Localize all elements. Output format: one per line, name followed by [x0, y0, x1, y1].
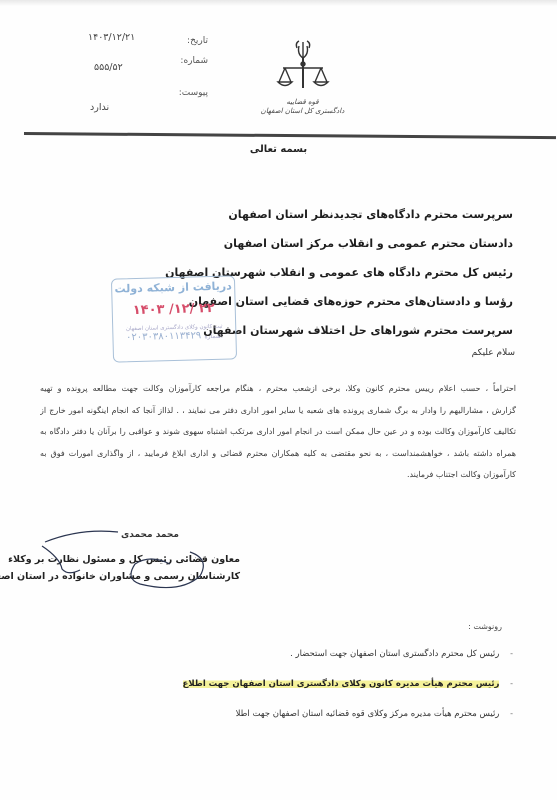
- recipient-line: سرپرست محترم دادگاه‌های تجدیدنظر استان ا…: [165, 200, 513, 229]
- body-line: گزارش ، مشارالیهم را وادار به برگ شماری …: [40, 400, 516, 422]
- signature-block: محمد محمدی معاون قضائی رئیس کل و مسئول ن…: [40, 530, 240, 582]
- number-value: ۵۵۵/۵۲: [94, 62, 123, 73]
- date-row: تاریخ: ۱۴۰۳/۱۲/۲۱: [88, 36, 208, 50]
- date-value: ۱۴۰۳/۱۲/۲۱: [88, 32, 135, 43]
- recipient-line: دادستان محترم عمومی و انقلاب مرکز استان …: [165, 229, 513, 258]
- stamp-date: ۱۴۰۳ /۱۲/ ۲۲: [113, 300, 235, 318]
- stamp-number-label: شماره:: [204, 333, 223, 340]
- attachment-value: ندارد: [90, 102, 109, 113]
- scan-edge-shadow: [0, 0, 557, 6]
- attachment-row: پیوست:: [88, 88, 208, 102]
- cc-item-text: رئیس محترم هیأت مدیره مرکز وکلای قوه قضا…: [236, 709, 500, 719]
- stamp-number: ۰۲۰۳۰۳۸۰۱۱۳۴۲۹ شماره:: [113, 329, 235, 343]
- stamp-number-value: ۰۲۰۳۰۳۸۰۱۱۳۴۲۹: [126, 330, 201, 343]
- logo-line-court: دادگستری کل استان اصفهان: [245, 107, 360, 116]
- bismillah-heading: بسمه تعالی: [0, 144, 557, 155]
- cc-item-text: رئیس کل محترم دادگستری استان اصفهان جهت …: [290, 649, 499, 659]
- cc-item: - رئیس کل محترم دادگستری استان اصفهان جه…: [183, 646, 513, 676]
- header-divider: [24, 132, 556, 139]
- number-label: شماره:: [180, 56, 208, 66]
- stamp-title: دریافت از شبکه دولت: [112, 279, 234, 295]
- attachment-label: پیوست:: [179, 88, 208, 98]
- body-line: کارآموزان وکالت اجتناب فرمایند.: [40, 464, 516, 486]
- cc-item-highlighted: - رئیس محترم هیأت مدیره کانون وکلای دادگ…: [183, 676, 513, 706]
- cc-label: رونوشت :: [468, 622, 502, 631]
- cc-item: - رئیس محترم هیأت مدیره مرکز وکلای قوه ق…: [183, 706, 513, 736]
- attachment-value-row: ندارد: [88, 102, 208, 116]
- cc-list: - رئیس کل محترم دادگستری استان اصفهان جه…: [183, 646, 513, 736]
- list-dash: -: [510, 649, 513, 659]
- body-line: احتراماً ، حسب اعلام رییس محترم کانون وک…: [40, 378, 516, 400]
- greeting: سلام علیکم: [472, 348, 515, 358]
- scales-of-justice-icon: [273, 40, 333, 98]
- list-dash: -: [510, 709, 513, 719]
- letter-page: تاریخ: ۱۴۰۳/۱۲/۲۱ شماره: ۵۵۵/۵۲ پیوست: ن…: [0, 0, 557, 800]
- list-dash: -: [510, 679, 513, 689]
- handwritten-signature-icon: [40, 524, 240, 599]
- received-stamp: دریافت از شبکه دولت ۱۴۰۳ /۱۲/ ۲۲ ثبت کان…: [111, 275, 237, 362]
- letter-body: احتراماً ، حسب اعلام رییس محترم کانون وک…: [40, 378, 516, 486]
- cc-item-text: رئیس محترم هیأت مدیره کانون وکلای دادگست…: [183, 679, 500, 689]
- logo-line-judiciary: قوه قضاییه: [245, 98, 360, 107]
- judiciary-logo: قوه قضاییه دادگستری کل استان اصفهان: [245, 40, 360, 125]
- number-row: شماره: ۵۵۵/۵۲: [88, 59, 208, 73]
- body-line: تکالیف کارآموزان وکالت بوده و در عین حال…: [40, 421, 516, 443]
- date-label: تاریخ:: [187, 36, 208, 46]
- body-line: همراه داشته باشد ، خواهشمنداست ، به نحو …: [40, 443, 516, 465]
